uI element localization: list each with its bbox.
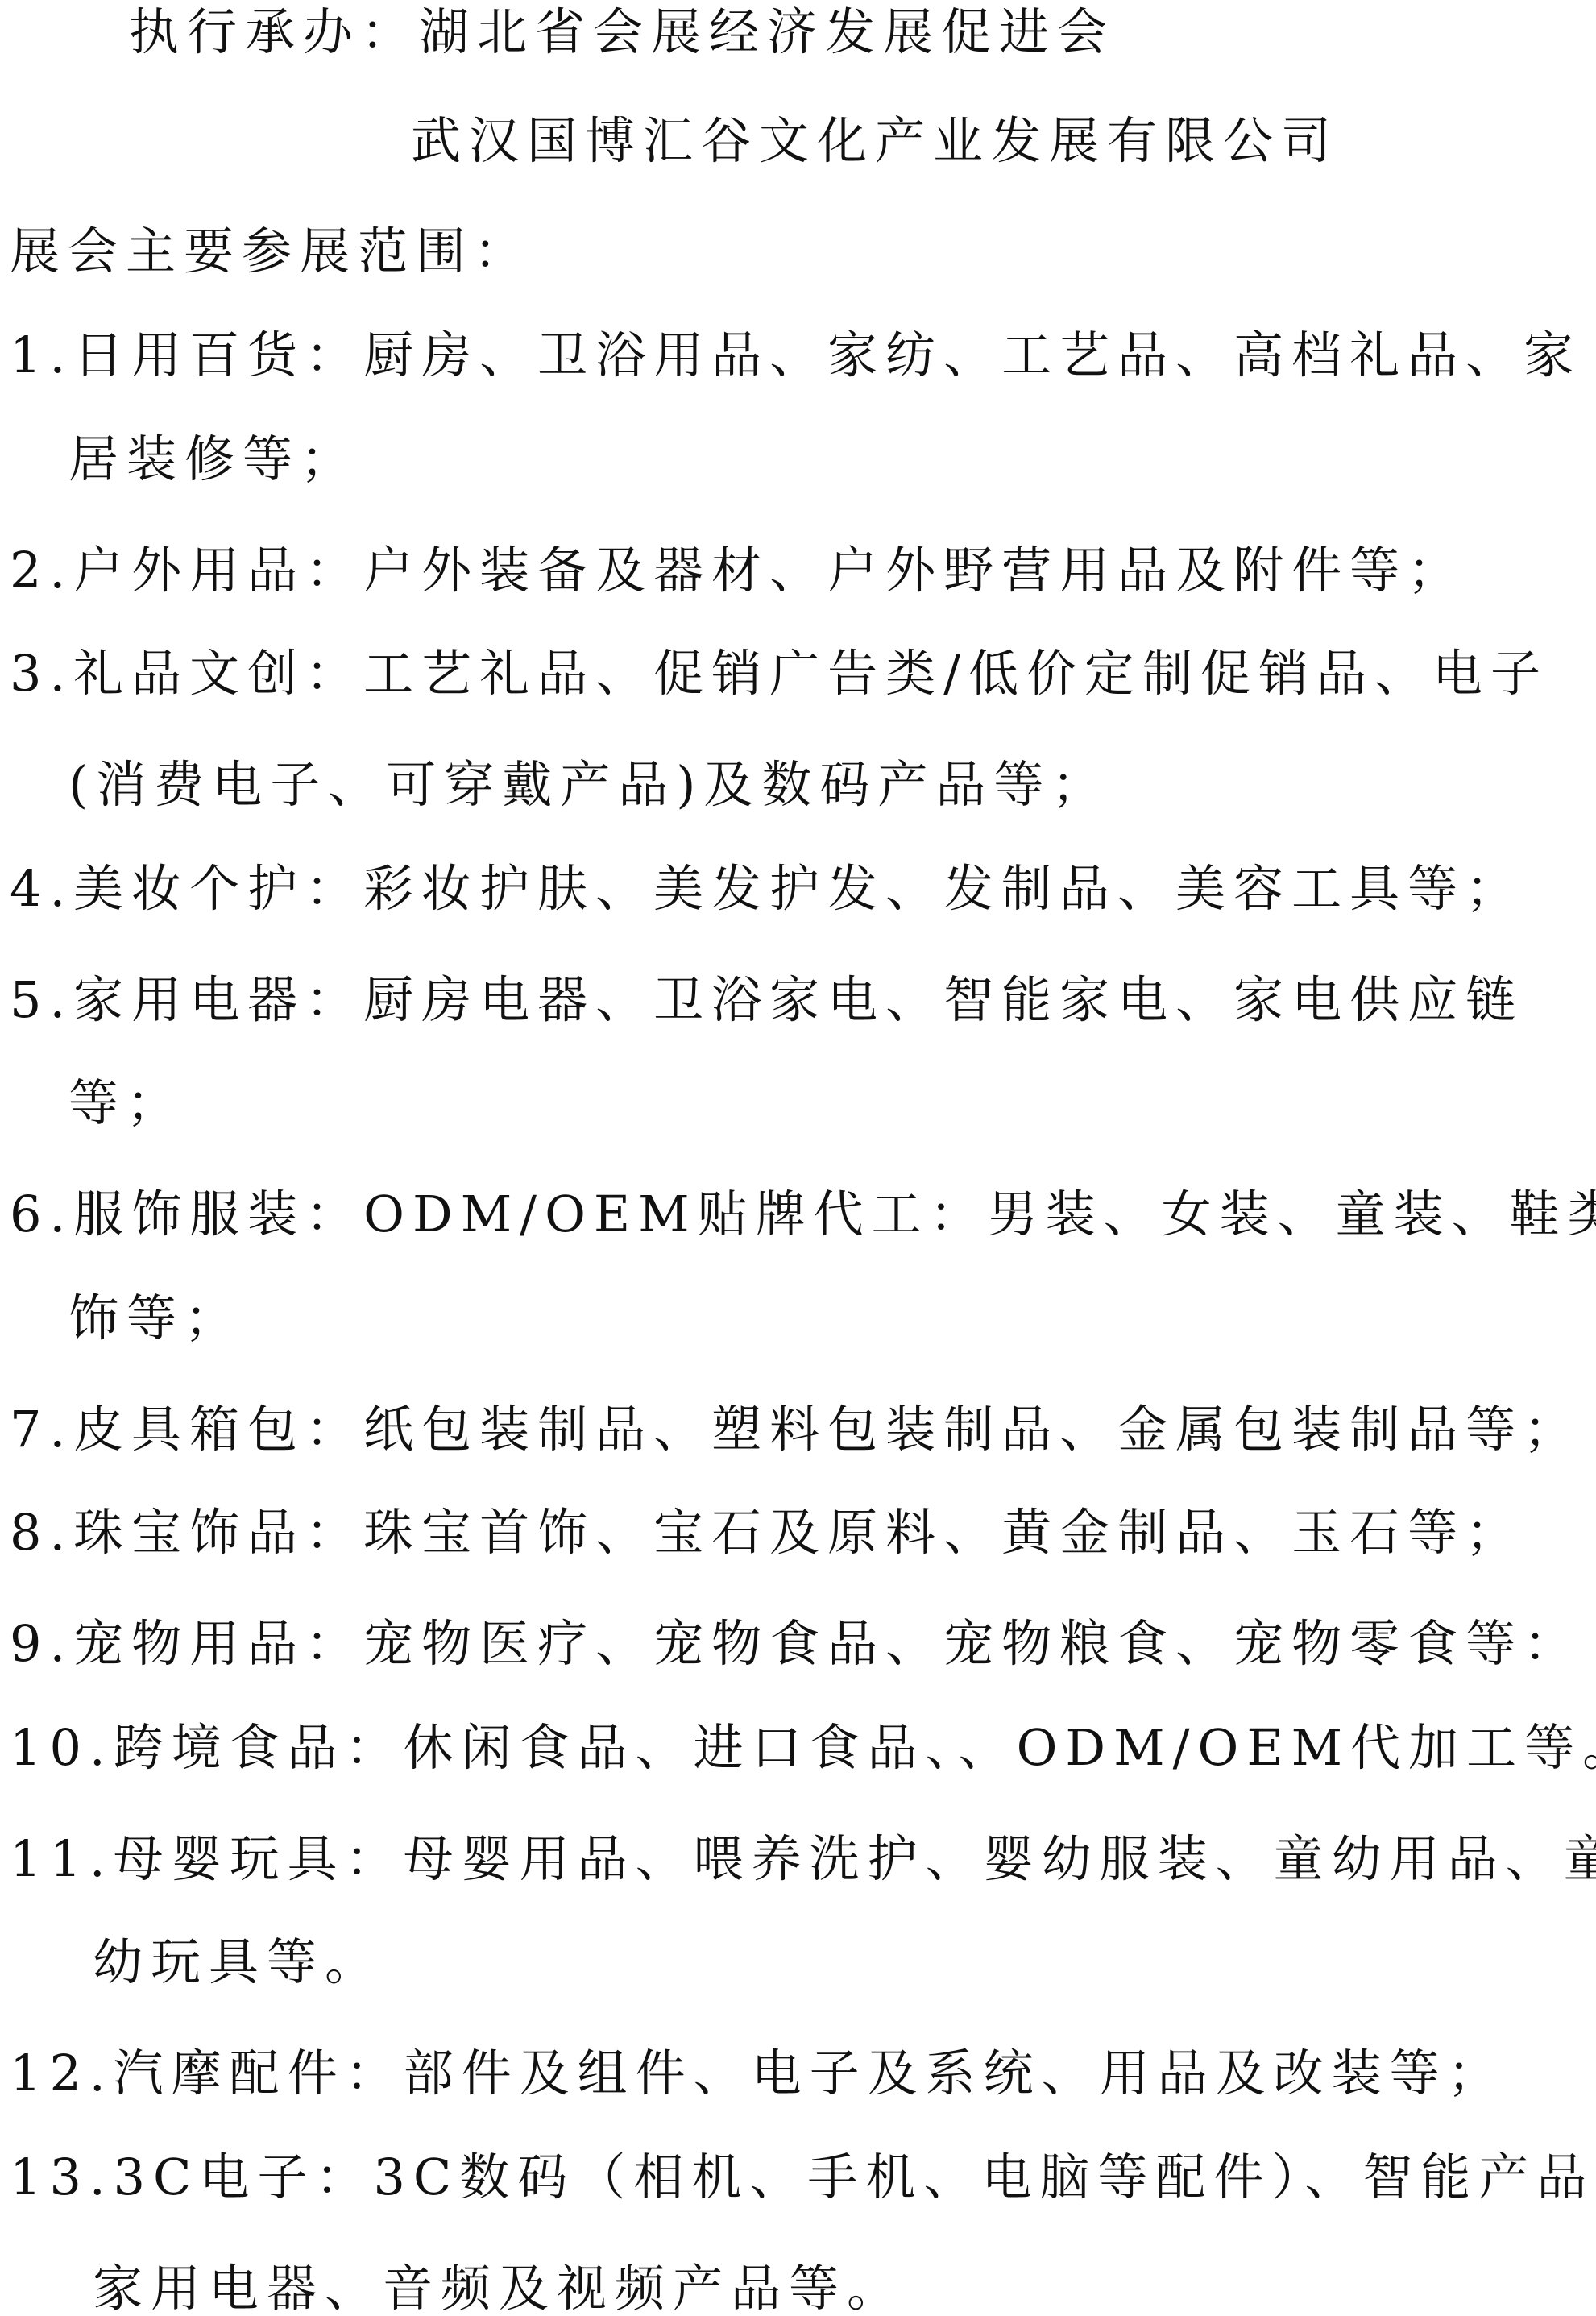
list-item-cont: 饰等； xyxy=(68,1286,243,1351)
list-item: 9.宠物用品：宠物医疗、宠物食品、宠物粮食、宠物零食等： xyxy=(10,1612,1581,1676)
organizer-line: 执行承办：湖北省会展经济发展促进会 xyxy=(129,0,1115,64)
list-item-cont: 幼玩具等。 xyxy=(93,1930,383,1994)
list-item-cont: 等； xyxy=(68,1071,184,1135)
list-item: 12.汽摩配件：部件及组件、电子及系统、用品及改装等； xyxy=(10,2041,1506,2106)
list-item-cont: 家用电器、音频及视频产品等。 xyxy=(93,2256,905,2316)
list-item: 1.日用百货：厨房、卫浴用品、家纺、工艺品、高档礼品、家 xyxy=(10,323,1581,388)
section-heading: 展会主要参展范围： xyxy=(10,219,532,284)
list-item: 10.跨境食品：休闲食品、进口食品、、ODM/OEM代加工等。 xyxy=(10,1716,1596,1780)
list-item: 4.美妆个护：彩妆护肤、美发护发、发制品、美容工具等； xyxy=(10,857,1523,921)
list-item: 11.母婴玩具：母婴用品、喂养洗护、婴幼服装、童幼用品、童 xyxy=(10,1827,1596,1891)
list-item: 7.皮具箱包：纸包装制品、塑料包装制品、金属包装制品等； xyxy=(10,1397,1581,1462)
list-item-cont: 居装修等； xyxy=(68,427,359,492)
list-item-cont: (消费电子、可穿戴产品)及数码产品等； xyxy=(68,753,1109,817)
organizer-line-cont: 武汉国博汇谷文化产业发展有限公司 xyxy=(411,109,1339,173)
list-item: 6.服饰服装：ODM/OEM贴牌代工：男装、女装、童装、鞋类、配 xyxy=(10,1182,1596,1247)
list-item: 2.户外用品：户外装备及器材、户外野营用品及附件等； xyxy=(10,538,1465,603)
list-item: 3.礼品文创：工艺礼品、促销广告类/低价定制促销品、电子 xyxy=(10,641,1548,706)
list-item: 8.珠宝饰品：珠宝首饰、宝石及原料、黄金制品、玉石等； xyxy=(10,1500,1523,1565)
list-item: 5.家用电器：厨房电器、卫浴家电、智能家电、家电供应链 xyxy=(10,968,1523,1032)
list-item: 13.3C电子：3C数码（相机、手机、电脑等配件）、智能产品、 xyxy=(10,2145,1596,2210)
